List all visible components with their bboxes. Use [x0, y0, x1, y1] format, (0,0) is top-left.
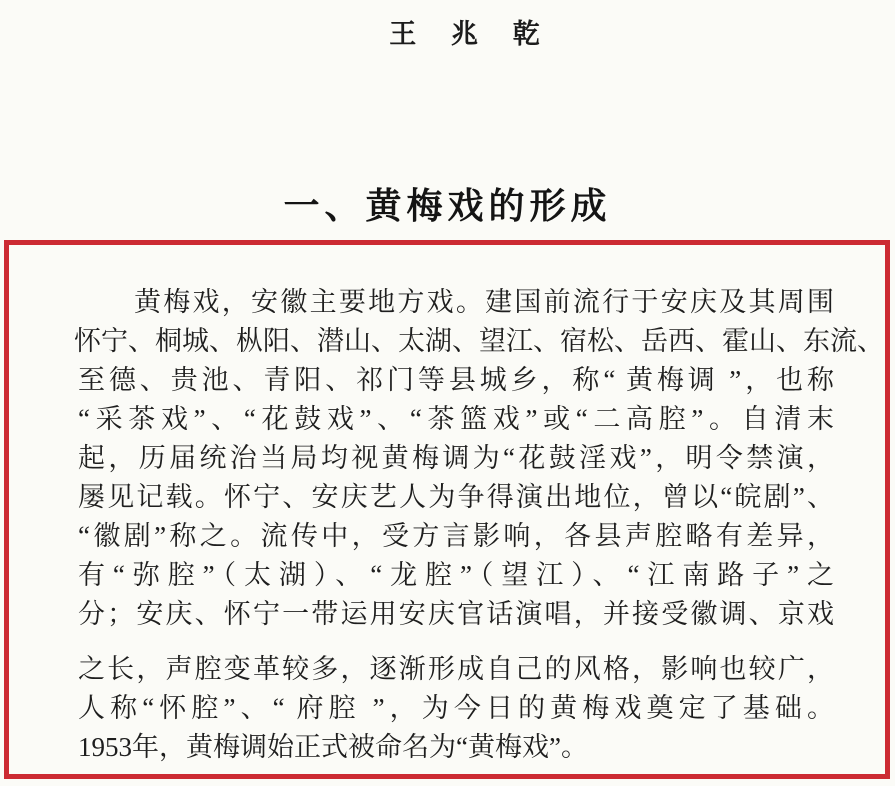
- text-line: 屡见记载。怀宁、安庆艺人为争得演出地位，曾以“皖剧”、: [78, 478, 834, 517]
- text-line: 至德、贵池、青阳、祁门等县城乡，称“ 黄梅调 ”，也称: [78, 361, 834, 400]
- body-paragraph: 黄梅戏，安徽主要地方戏。建国前流行于安庆及其周围 怀宁、桐城、枞阳、潜山、太湖、…: [78, 283, 834, 767]
- scanned-document-page: 王 兆 乾 一、黄梅戏的形成 黄梅戏，安徽主要地方戏。建国前流行于安庆及其周围 …: [0, 0, 895, 786]
- text-line: “采茶戏”、“花鼓戏”、“茶篮戏”或“二高腔”。自清末: [78, 400, 834, 439]
- text-line: 分；安庆、怀宁一带运用安庆官话演唱，并接受徽调、京戏: [78, 595, 834, 634]
- text-line: 黄梅戏，安徽主要地方戏。建国前流行于安庆及其周围: [78, 283, 834, 322]
- text-line: 之长，声腔变革较多，逐渐形成自己的风格，影响也较广，: [78, 650, 834, 689]
- text-line: 有“弥腔”（太湖）、“龙腔”（望江）、“江南路子”之: [78, 556, 834, 595]
- text-line: 1953年，黄梅调始正式被命名为“黄梅戏”。: [78, 728, 834, 767]
- author-name: 王 兆 乾: [24, 12, 895, 51]
- text-line: 怀宁、桐城、枞阳、潜山、太湖、望江、宿松、岳西、霍山、东流、: [74, 322, 838, 361]
- section-heading: 一、黄梅戏的形成: [0, 178, 895, 229]
- text-line: “徽剧”称之。流传中，受方言影响，各县声腔略有差异，: [78, 517, 834, 556]
- text-line: 人称“怀腔”、“ 府腔 ”，为今日的黄梅戏奠定了基础。: [78, 689, 834, 728]
- text-line: 起，历届统治当局均视黄梅调为“花鼓淫戏”，明令禁演，: [78, 439, 834, 478]
